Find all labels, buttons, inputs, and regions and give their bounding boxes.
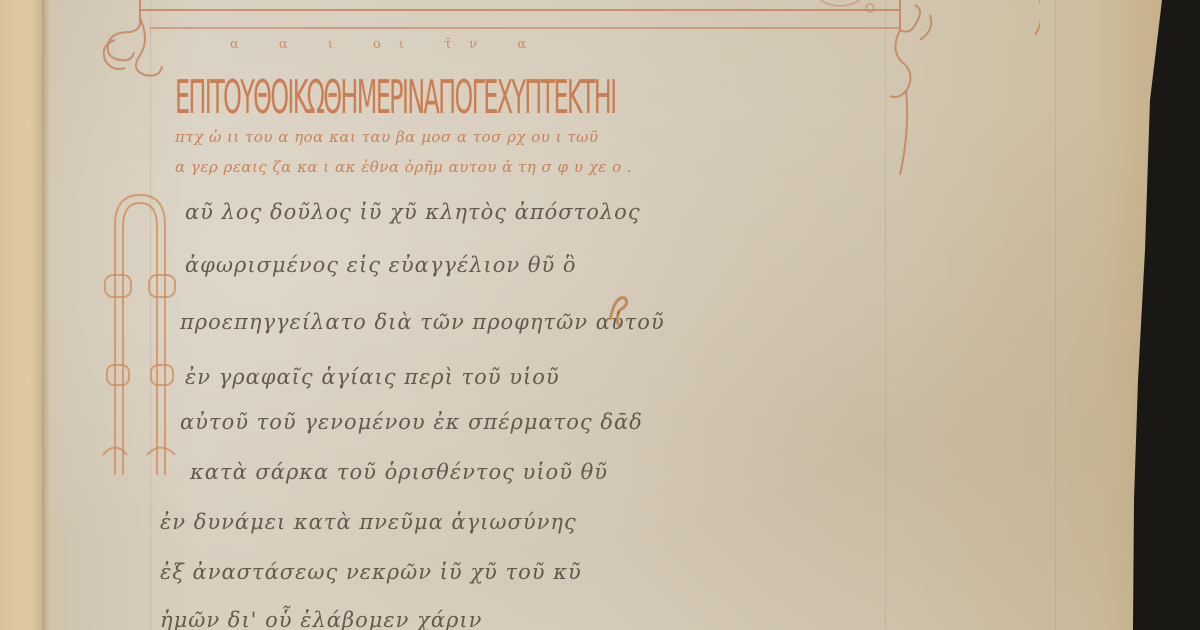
gutter-fold [42, 0, 50, 630]
left-margin-strip [0, 0, 42, 630]
heading-superscripts: α α ι οι τ̄ν α [230, 37, 544, 52]
body-text-line: ἀφωρισμένος εἰς εὐαγγέλιον θῦ ὃ [185, 253, 577, 277]
ink-stain [605, 290, 635, 330]
body-text-line: ἡμῶν δι' οὗ ἐλάβομεν χάριν [160, 608, 482, 630]
body-text-line: αὐτοῦ τοῦ γενομένου ἐκ σπέρματος δᾱδ [180, 410, 643, 434]
heading-title: ΕΠΙΤΟΥΘΟΙΚΩΘΗΜΕΡΙΝΑΠΟΓΕΧΥΠΤΕΚΤΗΙ [175, 70, 615, 124]
heading-rubric-line-1: πτχ ὡ ιι του α ηοα και ταυ βα μοσ α τοσ … [175, 128, 598, 146]
ruling-line [1055, 0, 1056, 630]
body-text-line: προεπηγγείλατο διὰ τῶν προφητῶν αὐτοῦ [180, 310, 665, 334]
decorated-initial-pi [95, 185, 195, 485]
body-text-line: αῦ λος δοῦλος ἰῦ χῦ κλητὸς ἀπόστολος [185, 200, 641, 224]
body-text-line: κατὰ σάρκα τοῦ ὁρισθέντος υἱοῦ θῦ [190, 460, 608, 484]
heading-rubric-line-2: α γερ ρεαις ζα κα ι ακ ἐθνα ὀρῆμ αυτου ἀ… [175, 158, 632, 176]
manuscript-page: α α ι οι τ̄ν α ΕΠΙΤΟΥΘΟΙΚΩΘΗΜΕΡΙΝΑΠΟΓΕΧΥ… [0, 0, 1162, 630]
body-text-line: ἐν δυνάμει κατὰ πνεῦμα ἁγιωσύνης [160, 510, 577, 534]
body-text-line: ἐν γραφαῖς ἁγίαις περὶ τοῦ υἱοῦ [185, 365, 560, 389]
body-text-line: ἐξ ἀναστάσεως νεκρῶν ἰῦ χῦ τοῦ κῦ [160, 560, 582, 584]
